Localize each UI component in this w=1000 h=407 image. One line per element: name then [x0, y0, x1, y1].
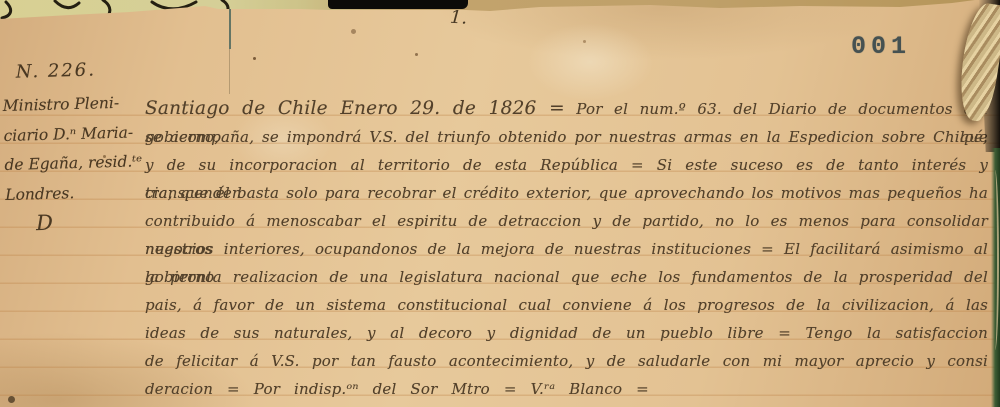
body-line: de felicitar á V.S. por tan fausto acont… — [145, 347, 988, 375]
margin-line: ciario D.ⁿ Maria- — [3, 117, 150, 151]
letter-body: Santiago de Chile Enero 29. de 1826 = Po… — [145, 95, 988, 404]
body-line: negocios interiores, ocupandonos de la m… — [145, 235, 988, 263]
manuscript-sheet: 1. 001 N. 226. Ministro Pleni- ciario D.… — [0, 0, 1000, 407]
dateline: Santiago de Chile Enero 29. de 1826 = — [145, 98, 565, 119]
margin-initial: D — [6, 206, 153, 240]
margin-line: de Egaña, resid.ᵗᵉ — [4, 147, 151, 181]
scan-gap — [328, 0, 468, 9]
page-edge-highlight — [991, 170, 999, 350]
body-line: se acompaña, se impondrá V.S. del triunf… — [145, 123, 988, 151]
body-line: y de su incorporacion al territorio de e… — [145, 151, 988, 179]
margin-annotation: N. 226. Ministro Pleni- ciario D.ⁿ Maria… — [2, 58, 153, 240]
body-line: cia, que él basta solo para recobrar el … — [145, 179, 988, 207]
body-line: Santiago de Chile Enero 29. de 1826 = Po… — [145, 95, 988, 123]
crease-mark-faint — [229, 49, 230, 94]
body-line: la pronta realizacion de una legislatura… — [145, 263, 988, 291]
body-line-signature: deracion = Por indisp.ᵒⁿ del Sor Mtro = … — [145, 375, 988, 403]
document-number: N. 226. — [16, 58, 149, 83]
crease-mark — [229, 7, 231, 49]
body-line: ideas de sus naturales, y al decoro y di… — [145, 319, 988, 347]
margin-line: Londres. — [5, 176, 152, 210]
body-line: pais, á favor de un sistema constitucion… — [145, 291, 988, 319]
curled-corner — [954, 0, 1000, 152]
archive-stamp: 001 — [851, 32, 911, 61]
margin-line: Ministro Pleni- — [2, 88, 149, 122]
manuscript-scan: 1. 001 N. 226. Ministro Pleni- ciario D.… — [0, 0, 1000, 407]
body-line: contribuido á menoscabar el espiritu de … — [145, 207, 988, 235]
